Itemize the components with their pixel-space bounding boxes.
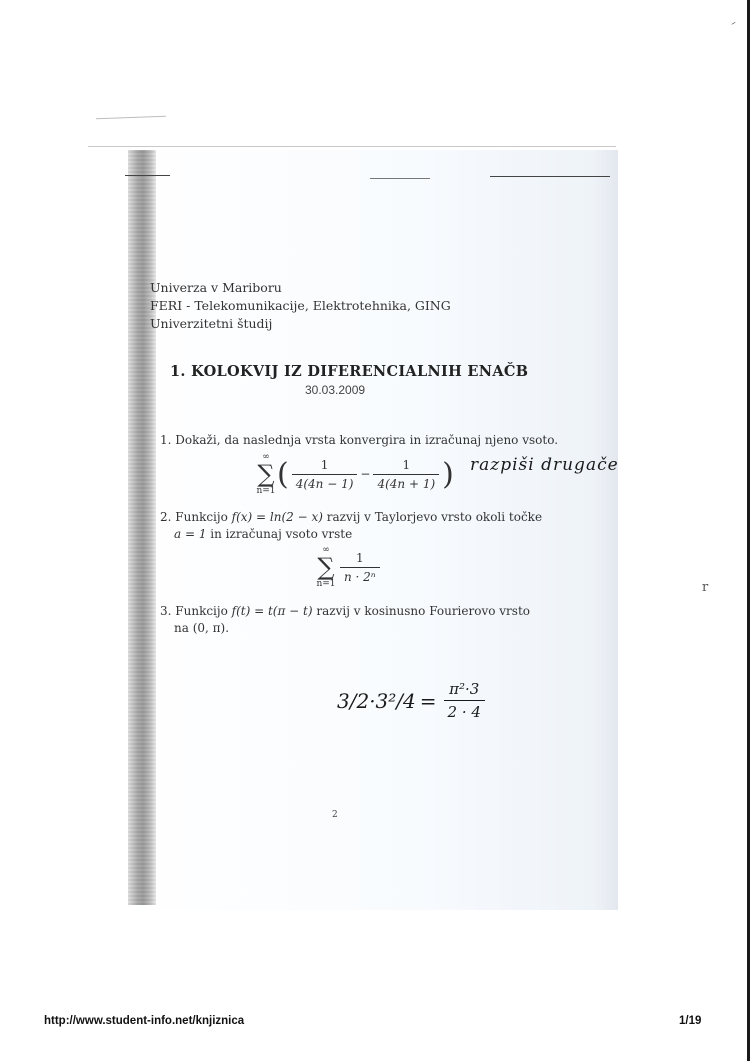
footer-url[interactable]: http://www.student-info.net/knjiznica	[44, 1015, 244, 1027]
problem-text: Dokaži, da naslednja vrsta konvergira in…	[175, 433, 558, 447]
binding-shadow	[128, 150, 156, 905]
fraction: 1 n · 2ⁿ	[340, 551, 380, 584]
handwritten-scribble: 3/2·3²/4 = π²·3 2 · 4	[337, 680, 488, 721]
university-name: Univerza v Mariboru	[150, 279, 451, 297]
fraction: 1 4(4n − 1)	[292, 458, 358, 491]
problem-number: 3.	[160, 604, 171, 618]
sum-symbol: ∞ ∑ n=1	[315, 545, 337, 589]
document-header: Univerza v Mariboru FERI - Telekomunikac…	[150, 279, 451, 333]
problem-number: 2.	[160, 510, 171, 524]
footer-page-indicator: 1/19	[679, 1015, 701, 1027]
sum-symbol: ∞ ∑ n=1	[255, 452, 277, 496]
problem-3: 3. Funkcijo f(t) = t(π − t) razvij v kos…	[160, 603, 530, 637]
problem-number: 1.	[160, 433, 171, 447]
stray-mark-stroke: –	[729, 17, 739, 29]
problem-1-formula: ∞ ∑ n=1 ( 1 4(4n − 1) − 1 4(4n + 1) )	[255, 452, 454, 496]
exam-title: 1. KOLOKVIJ IZ DIFERENCIALNIH ENAČB	[170, 363, 528, 380]
problem-1: 1. Dokaži, da naslednja vrsta konvergira…	[160, 432, 558, 449]
stray-mark: r	[702, 580, 708, 595]
faculty-name: FERI - Telekomunikacije, Elektrotehnika,…	[150, 297, 451, 315]
scan-dash	[125, 175, 170, 176]
function-expression: f(t) = t(π − t)	[232, 604, 313, 618]
scan-artifact-stroke	[96, 116, 166, 119]
study-program: Univerzitetni študij	[150, 315, 451, 333]
exam-date: 30.03.2009	[305, 383, 365, 397]
handwritten-note: razpiši drugače	[470, 455, 619, 475]
page-number: 2	[332, 810, 338, 820]
function-expression: f(x) = ln(2 − x)	[232, 510, 323, 524]
scan-dash	[370, 178, 430, 179]
problem-2: 2. Funkcijo f(x) = ln(2 − x) razvij v Ta…	[160, 509, 542, 543]
fraction: 1 4(4n + 1)	[373, 458, 439, 491]
scan-dash	[490, 176, 610, 177]
scan-top-line	[88, 146, 616, 147]
problem-2-formula: ∞ ∑ n=1 1 n · 2ⁿ	[315, 545, 383, 589]
